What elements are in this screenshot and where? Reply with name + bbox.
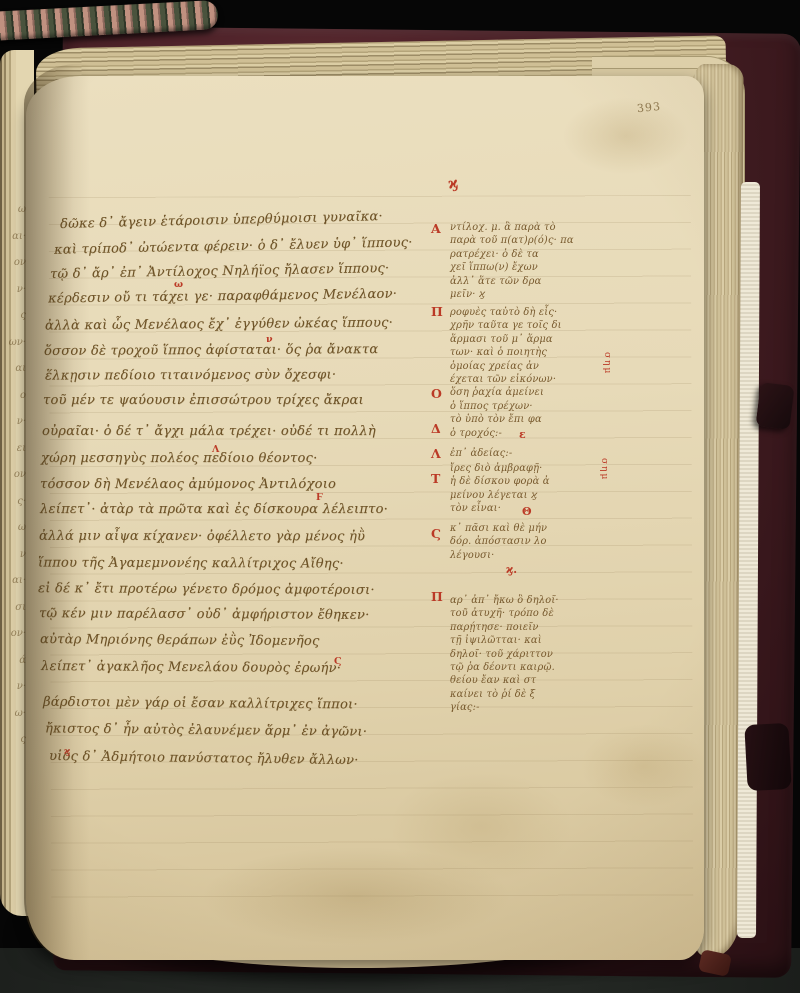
scholium-line: μείνου λέγεται ϗ [450, 489, 618, 502]
gutter-fragment: ει [2, 443, 26, 454]
rubric-separator: ϗ. [506, 563, 517, 576]
scholium-line: δηλοῖ· τοῦ χάριττον [450, 648, 618, 661]
gutter-fragment: ον [2, 469, 26, 480]
gutter-fragment: ο [2, 390, 26, 401]
scholium-line: παρῄτησε· ποιεῖν [450, 621, 618, 634]
manuscript-verse-line: τοῦ μέν τε ψαύουσιν ἐπισσώτρου τρίχες ἄκ… [43, 393, 364, 408]
gutter-fragment: ω [2, 522, 26, 533]
scholium-line: των· καὶ ὁ ποιητὴς [450, 346, 618, 359]
gutter-fragment: ς· [2, 496, 26, 507]
folio-number: 393 [636, 100, 661, 115]
rubric-letter: Α [431, 221, 441, 236]
vertical-semeiosai-mark: σημ [599, 458, 609, 481]
gutter-fragment: ω [2, 204, 26, 215]
gutter-fragment: ον· [2, 628, 26, 639]
manuscript-verse-line: ἀλλὰ καὶ ὧς Μενέλαος ἔχ᾽ ἐγγύθεν ὠκέας ἵ… [45, 315, 393, 333]
scholium-line: ἀλλ᾽ ἅτε τῶν δρα [450, 275, 618, 288]
scholium-line: τὸ ὑπὸ τὸν ἔπι φα [450, 413, 618, 426]
scholium-line: δόρ. ἀπόστασιν λο [450, 535, 618, 548]
gutter-fragment: ς [2, 734, 26, 745]
clasp-remnant [744, 723, 791, 791]
scholium-line: μεῖν· ϗ [450, 288, 618, 301]
scholium-line: καίνει τὸ ῥί δὲ ξ [450, 688, 618, 701]
scholium-line: ρατρέχει· ὁ δὲ τα [450, 248, 618, 261]
scholium-block-4: ἴρες διὸ ἀμβραφῇ·ἡ δὲ δίσκου φορὰ ἀμείνο… [450, 462, 618, 516]
scholium-line: ἅρμασι τοῦ μ᾽ ἅρμα [450, 333, 618, 346]
manuscript-verse-line: ἕλκῃσιν πεδίοιο τιταινόμενος σὺν ὄχεσφι· [45, 367, 336, 383]
scholium-line: ὁ τροχός:- [450, 427, 618, 440]
gutter-fragment: ά [2, 655, 26, 666]
rubric-letter: Π [431, 589, 443, 604]
gutter-fragment: ω· [2, 708, 26, 719]
rubric-letter: Τ [431, 471, 440, 486]
manuscript-verse-line: λείπετ᾽· ἀτὰρ τὰ πρῶτα καὶ ἐς δίσκουρα λ… [40, 502, 388, 517]
gutter-fragment: αι [2, 363, 26, 374]
scholium-line: ντίλοχ. μ. ἃ παρὰ τὸ [450, 221, 618, 234]
scholium-line: τὸν εἶναι· [450, 502, 618, 515]
scholium-line: τῷ ῥα δέοντι καιρῷ. [450, 661, 618, 674]
gutter-fragment: ν [2, 549, 26, 560]
gutter-fragment: ν· [2, 284, 26, 295]
scholium-line: θείου ἔαν καὶ στ [450, 674, 618, 687]
rubric-letter: Δ [431, 421, 441, 436]
gutter-fragment: αι· [2, 231, 26, 242]
scholium-line: αρ᾽ ἀπ᾽ ἤκω ὃ δηλοῖ· [450, 594, 618, 607]
manuscript-photo: ωαι·ονν·ςων·αιον·ειονς·ωναι·σιον·άν·ω·ς … [0, 0, 800, 993]
scholium-line: ἐπ᾽ ἀδείας:- [450, 447, 618, 460]
scholium-line: κ᾽ πᾶσι καὶ θὲ μήν [450, 522, 618, 535]
scholium-line: τῇ ἰψιλῶτται· καὶ [450, 634, 618, 647]
scholium-line: ροφυὲς ταὐτὸ δὴ εἷς· [450, 306, 618, 319]
manuscript-verse-line: εἰ δέ κ᾽ ἔτι προτέρω γένετο δρόμος ἀμφοτ… [38, 581, 375, 598]
clasp-remnant [755, 382, 794, 430]
manuscript-verse-line: αὐτὰρ Μηριόνης θεράπων ἐῢς Ἰδομενῆος [40, 632, 320, 649]
scholium-line: ἴρες διὸ ἀμβραφῇ· [450, 462, 618, 475]
rubric-separator: ε [519, 428, 526, 441]
gutter-fragment: ον [2, 257, 26, 268]
gutter-fragment: ων· [2, 337, 26, 348]
gutter-fragment: ν· [2, 681, 26, 692]
manuscript-verse-line: ἀλλά μιν αἶψα κίχανεν· ὀφέλλετο γὰρ μένο… [39, 529, 365, 545]
scholium-block-6: αρ᾽ ἀπ᾽ ἤκω ὃ δηλοῖ·τοῦ ἀτυχῆ· τρόπο δὲπ… [450, 594, 618, 715]
rubric-letter: Ο [431, 386, 442, 401]
scholium-line: χεῖ ἵππω(ν) ἔχων [450, 261, 618, 274]
rubric-interlinear-mark: Ϛ [334, 656, 342, 667]
rubric-interlinear-mark: ω [174, 279, 183, 290]
flyleaf-paper-edge [737, 182, 760, 938]
scholium-block-5: κ᾽ πᾶσι καὶ θὲ μήνδόρ. ἀπόστασιν λολέγου… [450, 522, 618, 562]
rubric-interlinear-mark: Ϝ [316, 492, 323, 503]
rubric-separator: Θ [522, 505, 532, 518]
scholium-line: ὁ ἵππος τρέχων· [450, 400, 618, 413]
rubric-interlinear-mark: ν [266, 334, 273, 345]
manuscript-verse-line: βάρδιστοι μὲν γάρ οἱ ἔσαν καλλίτριχες ἵπ… [43, 695, 358, 713]
scholium-block-1: ντίλοχ. μ. ἃ παρὰ τὸπαρὰ τοῦ π(ατ)ρ(ό)ς·… [450, 221, 618, 301]
vertical-semeiosai-mark: σημ [602, 352, 612, 375]
gutter-fragment: ν· [2, 416, 26, 427]
manuscript-verse-line: τόσσον δὴ Μενέλαος ἀμύμονος Ἀντιλόχοιο [40, 477, 336, 492]
manuscript-verse-line: χώρη μεσσηγὺς πολέος πεδίοιο θέοντος· [41, 451, 317, 466]
scholium-line: λέγουσι· [450, 549, 618, 562]
scholium-line: παρὰ τοῦ π(ατ)ρ(ό)ς· πα [450, 234, 618, 247]
manuscript-verse-line: τῷ κέν μιν παρέλασσ᾽ οὐδ᾽ ἀμφήριστον ἔθη… [39, 606, 370, 623]
scholium-line: έχεται τῶν εἰκόνων· [450, 373, 618, 386]
rubric-letter: Ϛ [431, 526, 441, 541]
manuscript-verse-line: λείπετ᾽ ἀγακλῆος Μενελάου δουρὸς ἐρωήν· [41, 659, 341, 676]
scholium-line: γίας:- [450, 701, 618, 714]
rubric-interlinear-mark: ϗ [64, 746, 70, 757]
rubric-interlinear-mark: Λ [212, 444, 219, 455]
gutter-fragment: ς [2, 310, 26, 321]
scholium-line: ὅση ῥαχία ἀμείνει [450, 386, 618, 399]
scholium-line: χρῆν ταῦτα γε τοῖς δι [450, 319, 618, 332]
manuscript-verse-line: ὅσσον δὲ τροχοῦ ἵππος ἀφίσταται· ὅς ῥα ἄ… [44, 342, 378, 359]
gutter-fragment: σι [2, 602, 26, 613]
manuscript-verse-line: οὐραῖαι· ὁ δέ τ᾽ ἄγχι μάλα τρέχει· οὐδέ … [42, 424, 376, 439]
scholium-block-2: ροφυὲς ταὐτὸ δὴ εἷς·χρῆν ταῦτα γε τοῖς δ… [450, 306, 618, 440]
scholium-block-3: ἐπ᾽ ἀδείας:- [450, 447, 618, 460]
manuscript-verse-line: ἵππου τῆς Ἀγαμεμνονέης καλλίτριχος Αἴθης… [38, 555, 344, 571]
rubric-letter: Π [431, 304, 443, 319]
gutter-fragment: αι· [2, 575, 26, 586]
scholium-line: ὁμοίας χρείας ἀν [450, 360, 618, 373]
scholium-line: τοῦ ἀτυχῆ· τρόπο δὲ [450, 607, 618, 620]
rubric-letter: Λ [431, 446, 441, 461]
scholium-line: ἡ δὲ δίσκου φορὰ ἀ [450, 475, 618, 488]
